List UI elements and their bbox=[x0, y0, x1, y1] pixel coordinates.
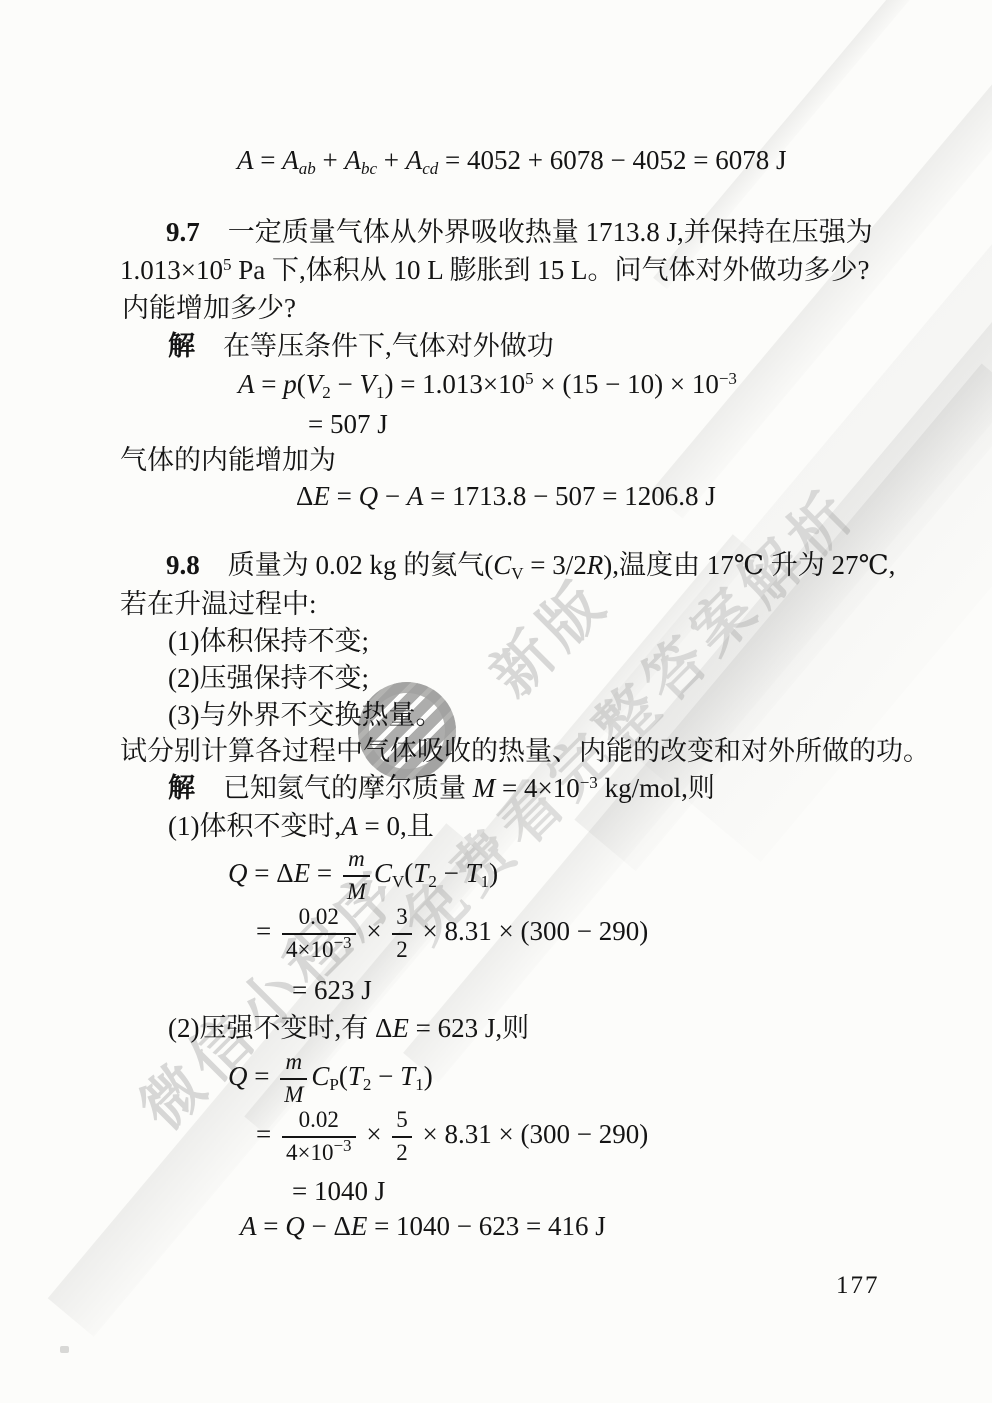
condition-1: (1)体积保持不变; bbox=[168, 623, 369, 660]
heat-cv-substitution: = 0.024×10−3 × 32 × 8.31 × (300 − 290) bbox=[256, 903, 648, 965]
equation-text: Q = mMCP(T2 − T1) bbox=[228, 1061, 433, 1091]
solution-text: (2)压强不变时,有 ΔE = 623 J,则 bbox=[168, 1013, 529, 1043]
problem-text: 质量为 0.02 kg 的氦气(CV = 3/2R),温度由 17℃ 升为 27… bbox=[228, 550, 896, 580]
problem-text: 试分别计算各过程中气体吸收的热量、内能的改变和对外所做的功。 bbox=[120, 736, 930, 766]
solution-text: (1)体积不变时,A = 0,且 bbox=[168, 811, 434, 841]
equation-text: A = Q − ΔE = 1040 − 623 = 416 J bbox=[240, 1211, 606, 1241]
solution-text: 气体的内能增加为 bbox=[120, 445, 336, 475]
problem-number: 9.7 bbox=[166, 217, 200, 247]
equation-text: = 507 J bbox=[308, 409, 388, 439]
equation-text: = 0.024×10−3 × 52 × 8.31 × (300 − 290) bbox=[256, 1119, 648, 1149]
problem-9-8-heading: 9.8质量为 0.02 kg 的氦气(CV = 3/2R),温度由 17℃ 升为… bbox=[166, 547, 895, 584]
problem-text: (3)与外界不交换热量。 bbox=[168, 700, 442, 730]
solution-label: 解 bbox=[168, 773, 195, 803]
heat-cp-equation: Q = mMCP(T2 − T1) bbox=[228, 1048, 433, 1110]
internal-energy-equation: ΔE = Q − A = 1713.8 − 507 = 1206.8 J bbox=[296, 478, 716, 515]
work-equation: A = p(V2 − V1) = 1.013×105 × (15 − 10) ×… bbox=[238, 366, 737, 403]
problem-9-8-text-line: 若在升温过程中: bbox=[120, 586, 317, 623]
heat-cv-equation: Q = ΔE = mMCV(T2 − T1) bbox=[228, 845, 498, 907]
heat-cp-result: = 1040 J bbox=[292, 1173, 385, 1210]
work-sum-equation: A = Aab + Abc + Acd = 4052 + 6078 − 4052… bbox=[237, 142, 786, 179]
work-result: = 507 J bbox=[308, 406, 388, 443]
solution-text: 在等压条件下,气体对外做功 bbox=[223, 331, 554, 361]
problem-text: 1.013×105 Pa 下,体积从 10 L 膨胀到 15 L。问气体对外做功… bbox=[120, 255, 869, 285]
problem-text: 内能增加多少? bbox=[122, 293, 296, 323]
work-9-8-result: A = Q − ΔE = 1040 − 623 = 416 J bbox=[240, 1208, 606, 1245]
problem-text: (1)体积保持不变; bbox=[168, 626, 369, 656]
internal-energy-intro: 气体的内能增加为 bbox=[120, 442, 336, 479]
scanned-textbook-page: 微信小程序 新版 免费看完整答案解析 A = Aab + Abc + Acd =… bbox=[0, 0, 992, 1403]
problem-text: 若在升温过程中: bbox=[120, 589, 317, 619]
problem-9-7-heading: 9.7一定质量气体从外界吸收热量 1713.8 J,并保持在压强为 bbox=[166, 214, 873, 251]
page-number: 177 bbox=[836, 1272, 880, 1300]
heat-cv-result: = 623 J bbox=[292, 972, 372, 1009]
scan-speck bbox=[60, 1346, 69, 1353]
solution-9-8-intro: 解已知氦气的摩尔质量 M = 4×10−3 kg/mol,则 bbox=[168, 770, 715, 807]
equation-text: Q = ΔE = mMCV(T2 − T1) bbox=[228, 858, 498, 888]
problem-text: 一定质量气体从外界吸收热量 1713.8 J,并保持在压强为 bbox=[228, 217, 873, 247]
case-2-intro: (2)压强不变时,有 ΔE = 623 J,则 bbox=[168, 1010, 529, 1047]
problem-9-7-text-line: 内能增加多少? bbox=[122, 290, 296, 327]
problem-9-7-text-line: 1.013×105 Pa 下,体积从 10 L 膨胀到 15 L。问气体对外做功… bbox=[120, 252, 869, 289]
equation-text: = 0.024×10−3 × 32 × 8.31 × (300 − 290) bbox=[256, 916, 648, 946]
solution-9-7-intro: 解在等压条件下,气体对外做功 bbox=[168, 328, 554, 365]
problem-number: 9.8 bbox=[166, 550, 200, 580]
condition-3: (3)与外界不交换热量。 bbox=[168, 697, 442, 734]
equation-text: = 623 J bbox=[292, 975, 372, 1005]
solution-label: 解 bbox=[168, 331, 195, 361]
equation-text: = 1040 J bbox=[292, 1176, 385, 1206]
problem-text: (2)压强保持不变; bbox=[168, 663, 369, 693]
solution-text: 已知氦气的摩尔质量 M = 4×10−3 kg/mol,则 bbox=[223, 773, 715, 803]
condition-2: (2)压强保持不变; bbox=[168, 660, 369, 697]
case-1-intro: (1)体积不变时,A = 0,且 bbox=[168, 808, 434, 845]
problem-9-8-task-line: 试分别计算各过程中气体吸收的热量、内能的改变和对外所做的功。 bbox=[120, 733, 930, 770]
equation-text: A = Aab + Abc + Acd = 4052 + 6078 − 4052… bbox=[237, 145, 786, 175]
equation-text: ΔE = Q − A = 1713.8 − 507 = 1206.8 J bbox=[296, 481, 716, 511]
equation-text: A = p(V2 − V1) = 1.013×105 × (15 − 10) ×… bbox=[238, 369, 737, 399]
heat-cp-substitution: = 0.024×10−3 × 52 × 8.31 × (300 − 290) bbox=[256, 1106, 648, 1168]
